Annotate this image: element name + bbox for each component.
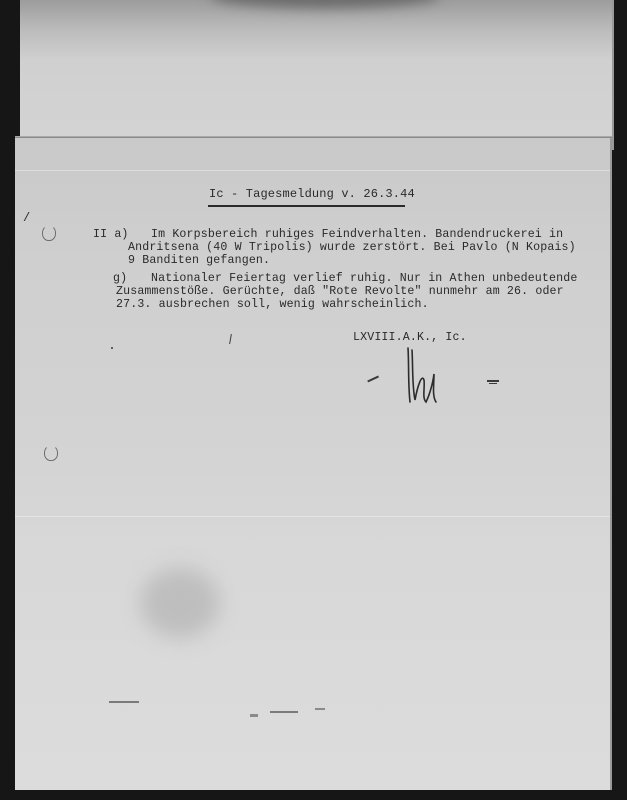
section-label: II a) [93,228,129,241]
handwritten-signature [400,344,440,406]
scratch-mark [250,714,258,717]
sheet-edge [612,0,614,150]
scanned-document: Ic - Tagesmeldung v. 26.3.44 / II a) Im … [0,0,627,800]
scratch-mark [315,708,325,710]
section-label: g) [113,272,127,285]
pencil-mark [487,380,499,382]
section-line: Andritsena (40 W Tripolis) wurde zerstör… [128,241,576,254]
punch-hole [42,225,56,241]
smudge [140,568,220,638]
section-line: 9 Banditen gefangen. [128,254,270,267]
pencil-mark [229,334,232,344]
document-page: Ic - Tagesmeldung v. 26.3.44 / II a) Im … [15,137,612,790]
margin-mark: / [23,212,30,225]
scratch-mark [270,711,298,713]
title-underline [208,205,405,207]
pencil-mark [489,383,497,384]
speck [111,347,113,349]
section-line: Nationaler Feiertag verlief ruhig. Nur i… [151,272,577,285]
fold-line [15,170,612,171]
shadow-blob [210,0,440,8]
document-title: Ic - Tagesmeldung v. 26.3.44 [209,188,415,201]
signature-block: LXVIII.A.K., Ic. [353,331,467,344]
scratch-mark [109,701,139,703]
punch-hole [44,445,58,461]
fold-line [15,516,612,517]
sheet-edge [610,138,612,790]
pencil-mark [367,376,379,382]
section-line: Im Korpsbereich ruhiges Feindverhalten. … [151,228,563,241]
back-sheet [20,0,614,150]
section-line: Zusammenstöße. Gerüchte, daß "Rote Revol… [116,285,564,298]
section-line: 27.3. ausbrechen soll, wenig wahrscheinl… [116,298,429,311]
